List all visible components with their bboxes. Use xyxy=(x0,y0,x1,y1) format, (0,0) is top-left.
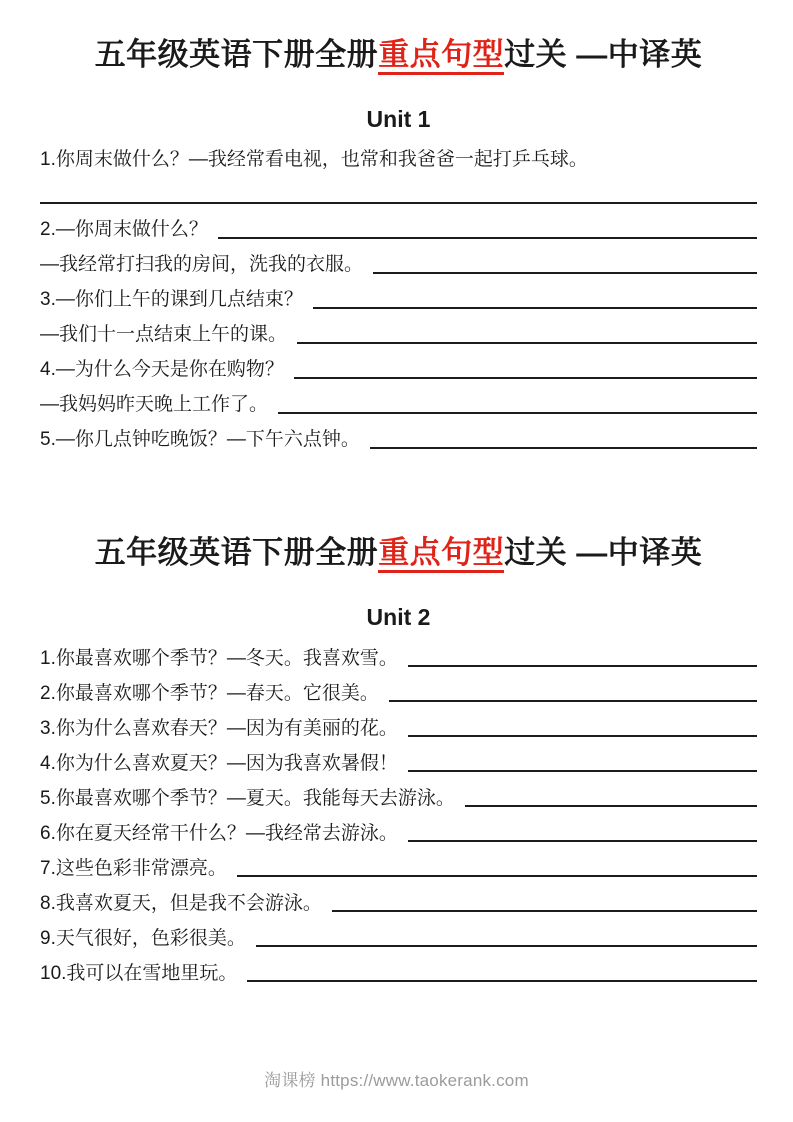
sentence-text: 3.你为什么喜欢春天？—因为有美丽的花。 xyxy=(40,718,398,745)
sentence-row: 3.—你们上午的课到几点结束？ xyxy=(40,281,757,316)
answer-blank-line xyxy=(278,412,757,414)
sentence-row: 1.你周末做什么？—我经常看电视，也常和我爸爸一起打乒乓球。 xyxy=(40,141,757,176)
sentence-row: 5.—你几点钟吃晚饭？—下午六点钟。 xyxy=(40,421,757,456)
answer-blank-line xyxy=(247,980,757,982)
sentence-row: 5.你最喜欢哪个季节？—夏天。我能每天去游泳。 xyxy=(40,779,757,814)
sentence-row: 2.—你周末做什么？ xyxy=(40,211,757,246)
answer-blank-line xyxy=(389,700,757,702)
unit-heading: Unit 2 xyxy=(40,604,757,630)
sentence-row: 7.这些色彩非常漂亮。 xyxy=(40,849,757,884)
sentence-text: 9.天气很好，色彩很美。 xyxy=(40,928,246,955)
sentence-text: 2.你最喜欢哪个季节？—春天。它很美。 xyxy=(40,683,379,710)
unit-heading: Unit 1 xyxy=(40,106,757,132)
title-prefix: 五年级英语下册全册 xyxy=(95,37,379,72)
page-footer: 淘课榜 https://www.taokerank.com xyxy=(0,1066,793,1091)
sentence-row: 2.你最喜欢哪个季节？—春天。它很美。 xyxy=(40,674,757,709)
answer-blank-line xyxy=(373,272,757,274)
sentence-rows: 1.你周末做什么？—我经常看电视，也常和我爸爸一起打乒乓球。 2.—你周末做什么… xyxy=(40,141,757,456)
answer-blank-line xyxy=(218,237,757,239)
title-prefix: 五年级英语下册全册 xyxy=(95,535,379,570)
answer-blank-line xyxy=(332,910,757,912)
sentence-row: 10.我可以在雪地里玩。 xyxy=(40,954,757,989)
sentence-text: 4.你为什么喜欢夏天？—因为我喜欢暑假！ xyxy=(40,753,398,780)
sentence-row: 9.天气很好，色彩很美。 xyxy=(40,919,757,954)
sentence-text: 7.这些色彩非常漂亮。 xyxy=(40,858,227,885)
sentence-row: 1.你最喜欢哪个季节？—冬天。我喜欢雪。 xyxy=(40,639,757,674)
title-highlight: 重点句型 xyxy=(378,535,504,573)
answer-blank-line xyxy=(465,805,757,807)
sentence-row: 4.你为什么喜欢夏天？—因为我喜欢暑假！ xyxy=(40,744,757,779)
sentence-text: 5.你最喜欢哪个季节？—夏天。我能每天去游泳。 xyxy=(40,788,455,815)
answer-blank-line xyxy=(40,202,757,204)
worksheet-document: 五年级英语下册全册重点句型过关 —中译英 Unit 1 1.你周末做什么？—我经… xyxy=(0,38,793,989)
sentence-text: 8.我喜欢夏天，但是我不会游泳。 xyxy=(40,893,322,920)
title-highlight: 重点句型 xyxy=(378,37,504,75)
sentence-text: 1.你周末做什么？—我经常看电视，也常和我爸爸一起打乒乓球。 xyxy=(40,149,588,176)
sentence-text: 1.你最喜欢哪个季节？—冬天。我喜欢雪。 xyxy=(40,648,398,675)
sentence-row: —我们十一点结束上午的课。 xyxy=(40,316,757,351)
worksheet-title: 五年级英语下册全册重点句型过关 —中译英 xyxy=(40,536,757,571)
answer-blank-line xyxy=(256,945,757,947)
answer-blank-line xyxy=(408,665,757,667)
sentence-row: 6.你在夏天经常干什么？—我经常去游泳。 xyxy=(40,814,757,849)
sentence-text: 3.—你们上午的课到几点结束？ xyxy=(40,289,303,316)
answer-blank-line xyxy=(408,735,757,737)
sentence-row xyxy=(40,176,757,211)
sentence-text: 5.—你几点钟吃晚饭？—下午六点钟。 xyxy=(40,429,360,456)
answer-blank-line xyxy=(237,875,757,877)
sentence-row: 4.—为什么今天是你在购物？ xyxy=(40,351,757,386)
sentence-row: 3.你为什么喜欢春天？—因为有美丽的花。 xyxy=(40,709,757,744)
title-suffix: 过关 —中译英 xyxy=(504,37,702,72)
answer-blank-line xyxy=(370,447,757,449)
answer-blank-line xyxy=(294,377,757,379)
answer-blank-line xyxy=(297,342,757,344)
sentence-rows: 1.你最喜欢哪个季节？—冬天。我喜欢雪。 2.你最喜欢哪个季节？—春天。它很美。… xyxy=(40,639,757,989)
unit-section: 五年级英语下册全册重点句型过关 —中译英 Unit 1 1.你周末做什么？—我经… xyxy=(40,38,757,456)
sentence-text: 6.你在夏天经常干什么？—我经常去游泳。 xyxy=(40,823,398,850)
footer-watermark: 淘课榜 https://www.taokerank.com xyxy=(264,1071,529,1090)
title-suffix: 过关 —中译英 xyxy=(504,535,702,570)
answer-blank-line xyxy=(313,307,757,309)
unit-section: 五年级英语下册全册重点句型过关 —中译英 Unit 2 1.你最喜欢哪个季节？—… xyxy=(40,536,757,989)
worksheet-title: 五年级英语下册全册重点句型过关 —中译英 xyxy=(40,38,757,73)
answer-blank-line xyxy=(408,770,757,772)
answer-blank-line xyxy=(408,840,757,842)
sentence-text: 10.我可以在雪地里玩。 xyxy=(40,963,237,990)
sentence-row: —我经常打扫我的房间，洗我的衣服。 xyxy=(40,246,757,281)
sentence-text: —我们十一点结束上午的课。 xyxy=(40,324,287,351)
sentence-text: —我经常打扫我的房间，洗我的衣服。 xyxy=(40,254,363,281)
sentence-text: 4.—为什么今天是你在购物？ xyxy=(40,359,284,386)
sentence-text: —我妈妈昨天晚上工作了。 xyxy=(40,394,268,421)
sentence-row: —我妈妈昨天晚上工作了。 xyxy=(40,386,757,421)
sentence-text: 2.—你周末做什么？ xyxy=(40,219,208,246)
sentence-row: 8.我喜欢夏天，但是我不会游泳。 xyxy=(40,884,757,919)
